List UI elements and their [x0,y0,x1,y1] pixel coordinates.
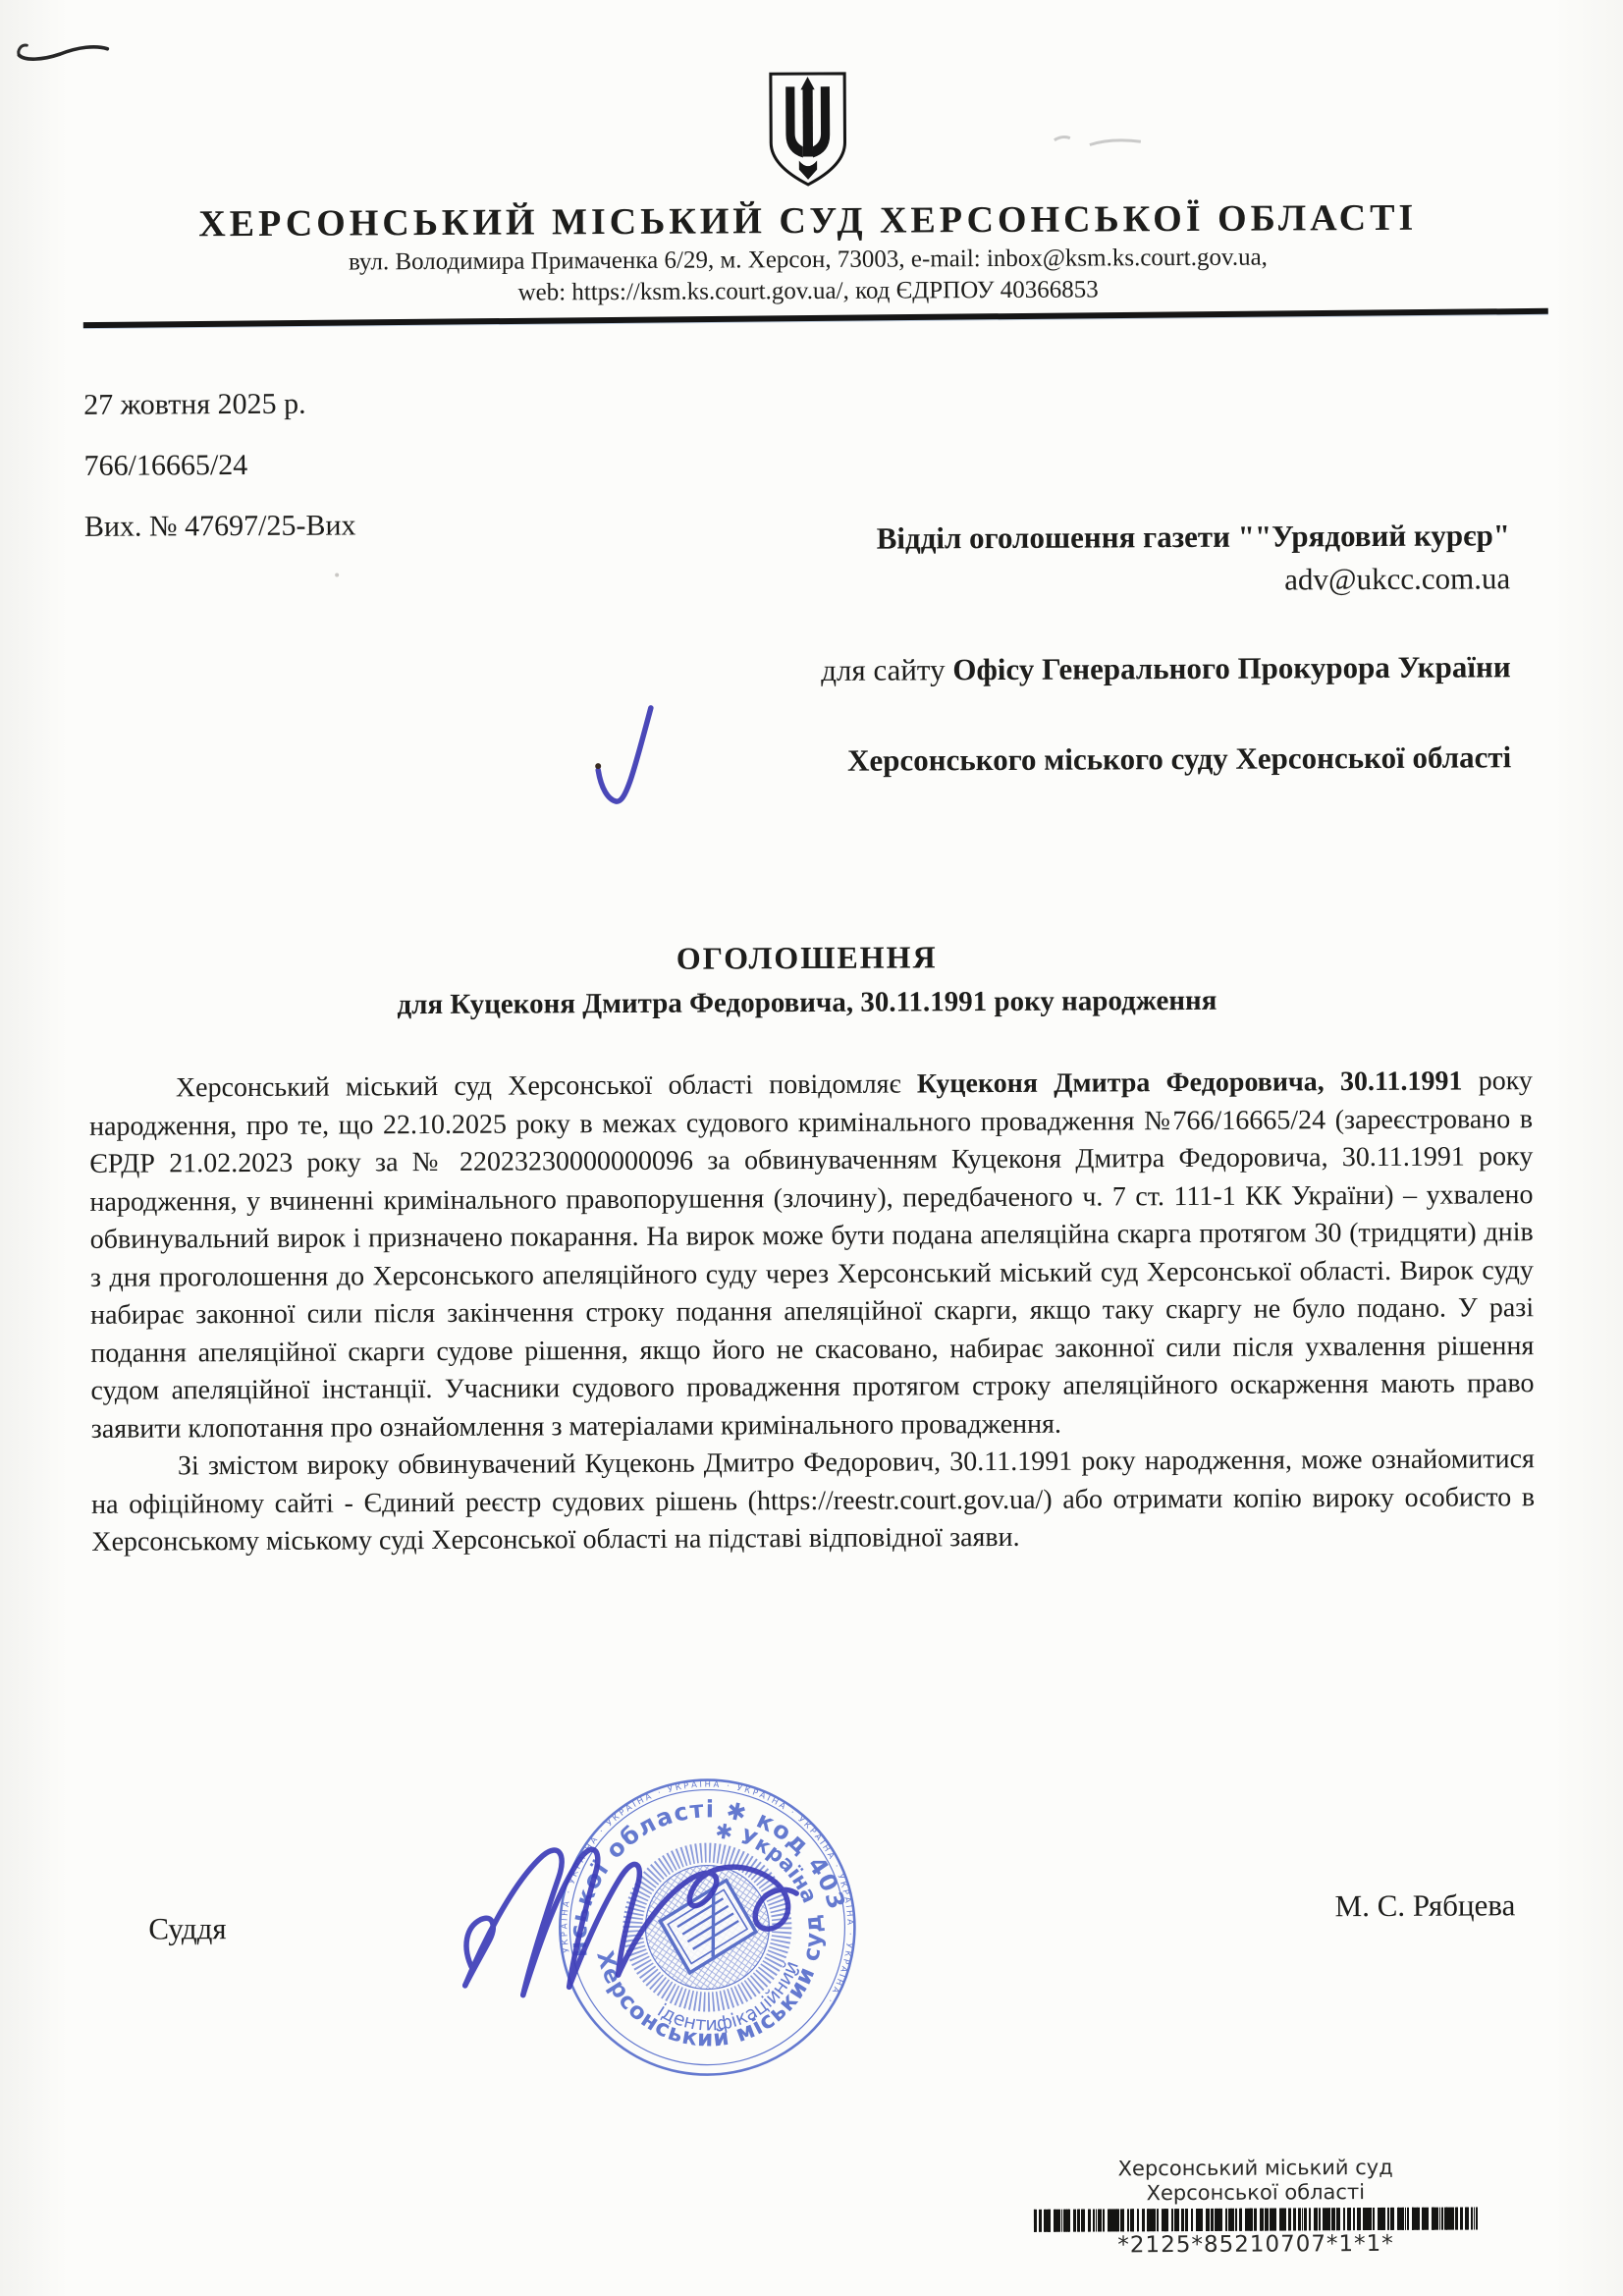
court-address-line1: вул. Володимира Примаченка 6/29, м. Херс… [0,243,1620,279]
ukraine-trident-emblem-icon [766,71,849,189]
footer-court-line1: Херсонський міський суд [1020,2155,1491,2182]
announcement-paragraph-2: Зі змістом вироку обвинувачений Куцеконь… [91,1441,1536,1561]
barcode-footer: Херсонський міський суд Херсонської обла… [1020,2155,1492,2259]
paragraph-1-lead: Херсонський міський суд Херсонської обла… [176,1068,917,1103]
handwritten-checkmark-icon [573,688,673,817]
paragraph-1-accused-name: Куцеконя Дмитра Федоровича, 30.11.1991 [917,1066,1463,1100]
footer-court-line2: Херсонської області [1020,2179,1491,2207]
recipient-prosecutor-site: для сайту Офісу Генерального Прокурора У… [821,646,1511,691]
outgoing-number: Вих. № 47697/25-Вих [84,495,356,557]
recipient-block: Відділ оголошення газети ""Урядовий курє… [820,515,1511,782]
barcode-value: *2125*85210707*1*1* [1020,2230,1491,2259]
announcement-paragraph-1: Херсонський міський суд Херсонської обла… [89,1063,1535,1449]
letterhead: ХЕРСОНСЬКИЙ МІСЬКИЙ СУД ХЕРСОНСЬКОЇ ОБЛА… [0,67,1620,310]
judge-label: Суддя [148,1911,226,1946]
header-divider-rule [83,308,1548,328]
recipient-site-prefix: для сайту [821,652,952,687]
announcement-body: Херсонський міський суд Херсонської обла… [89,1063,1536,1561]
case-number: 766/16665/24 [83,434,355,496]
court-name: ХЕРСОНСЬКИЙ МІСЬКИЙ СУД ХЕРСОНСЬКОЇ ОБЛА… [0,195,1619,247]
recipient-court-site: Херсонського міського суду Херсонської о… [822,737,1512,782]
judge-name: М. С. Рябцева [1335,1887,1516,1924]
announcement-heading: ОГОЛОШЕННЯ для Куцеконя Дмитра Федорович… [0,936,1613,1024]
recipient-email: adv@ukcc.com.ua [821,558,1511,603]
court-seal-and-signature: УКРАЇНА · УКРАЇНА · УКРАЇНА · УКРАЇНА · … [416,1743,890,2109]
barcode [1034,2207,1478,2231]
scanned-document-page: ХЕРСОНСЬКИЙ МІСЬКИЙ СУД ХЕРСОНСЬКОЇ ОБЛА… [0,0,1623,2296]
paragraph-1-rest: року народження, про те, що 22.10.2025 р… [89,1066,1535,1444]
scan-artifact-pen-mark [13,33,115,70]
announcement-title: ОГОЛОШЕННЯ [0,936,1613,981]
recipient-gazette: Відділ оголошення газети ""Урядовий курє… [820,515,1510,560]
court-address-line2: web: https://ksm.ks.court.gov.ua/, код Є… [0,274,1620,310]
document-date: 27 жовтня 2025 р. [83,373,355,435]
round-court-seal-stamp: УКРАЇНА · УКРАЇНА · УКРАЇНА · УКРАЇНА · … [536,1756,880,2099]
recipient-site-name: Офісу Генерального Прокурора України [952,649,1511,686]
scan-speck [335,574,339,577]
document-meta: 27 жовтня 2025 р. 766/16665/24 Вих. № 47… [83,373,356,557]
announcement-subtitle: для Куцеконя Дмитра Федоровича, 30.11.19… [0,983,1613,1024]
